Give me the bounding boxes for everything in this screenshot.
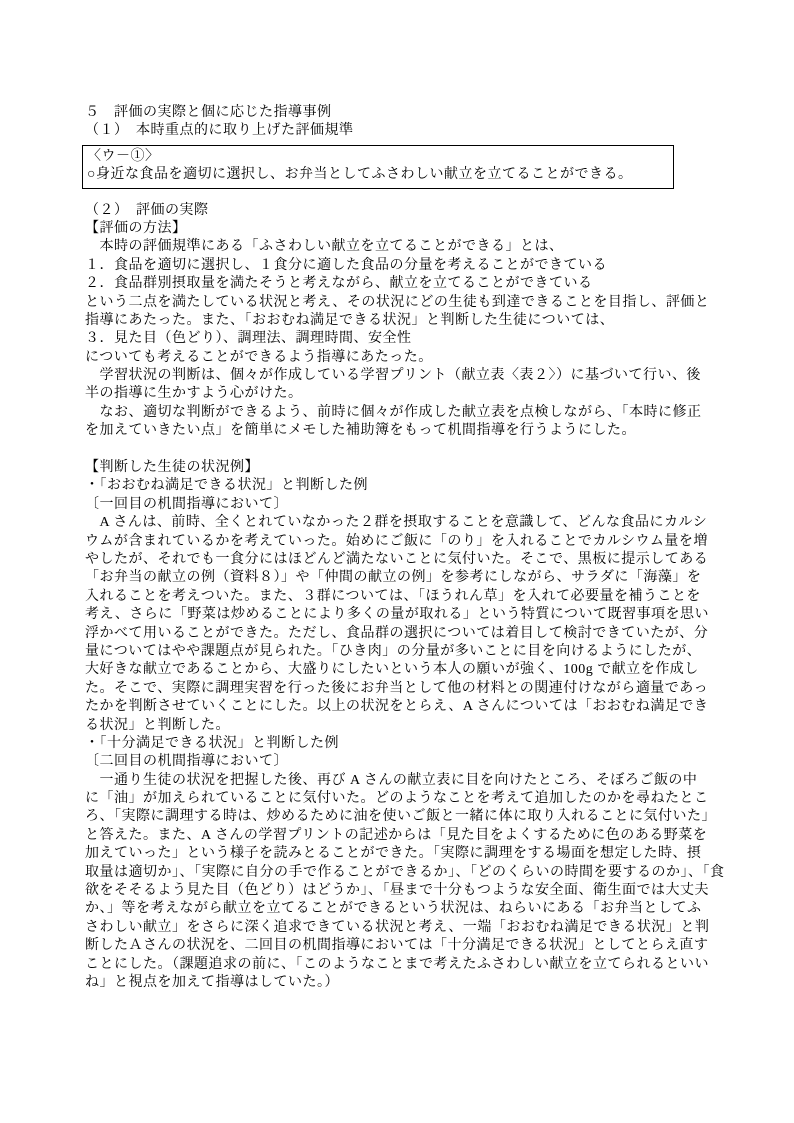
text-line: A さんは、前時、全くとれていなかった２群を摂取することを意識して、どんな食品に… [85, 514, 730, 532]
text-line: ・「おおむね満足できる状況」と判断した例 [85, 477, 730, 495]
text-line: 〔一回目の机間指導において〕 [85, 496, 730, 514]
text-line: 半の指導に生かすよう心がけた。 [85, 385, 730, 403]
text-line: 「お弁当の献立の例（資料８）」や「仲間の献立の例」を参考にしながら、サラダに「海… [85, 569, 730, 587]
blank-line [85, 441, 730, 459]
text-line: たかを判断させていくことにした。以上の状況をとらえ、A さんについては「おおむね… [85, 698, 730, 716]
text-line: か、」等を考えながら献立を立てることができるという状況は、ねらいにある「お弁当と… [85, 900, 730, 918]
text-line: 量についてはやや課題点が見られた。「ひき肉」の分量が多いことに目を向けるようにし… [85, 643, 730, 661]
text-line: 本時の評価規準にある「ふさわしい献立を立てることができる」とは、 [85, 238, 730, 256]
text-line: ウムが含まれているかを考えていった。始めにご飯に「のり」を入れることでカルシウム… [85, 533, 730, 551]
page-title: ５ 評価の実際と個に応じた指導事例 [85, 104, 730, 122]
text-line: 欲をそそるよう見た目（色どり）はどうか」、「昼まで十分もつような安全面、衛生面で… [85, 882, 730, 900]
examples-section-body: ・「おおむね満足できる状況」と判断した例〔一回目の机間指導において〕 A さんは… [85, 477, 730, 992]
text-line: についても考えることができるよう指導にあたった。 [85, 349, 730, 367]
text-line: ね」と視点を加えて指導はしていた。） [85, 974, 730, 992]
text-line: という二点を満たしている状況と考え、その状況にどの生徒も到達できることを目指し、… [85, 294, 730, 312]
method-section-header: 【評価の方法】 [85, 220, 730, 238]
text-line: た。そこで、実際に調理実習を行った後にお弁当として他の材料との関連付けながら適量… [85, 680, 730, 698]
text-line: ２．食品群別摂取量を満たそうと考えながら、献立を立てることができている [85, 275, 730, 293]
text-line: １．食品を適切に選択し、１食分に適した食品の分量を考えることができている [85, 257, 730, 275]
text-line: 断したＡさんの状況を、二回目の机間指導においては「十分満足できる状況」としてとら… [85, 937, 730, 955]
text-line: ３．見た目（色どり）、調理法、調理時間、安全性 [85, 330, 730, 348]
text-line: 浮かべて用いることができた。ただし、食品群の選択については着目して検討できていた… [85, 625, 730, 643]
text-line: に「油」が加えられていることに気付いた。どのようなことを考えて追加したのかを尋ね… [85, 790, 730, 808]
evaluation-criteria-box: 〈ウ－①〉 ○身近な食品を適切に選択し、お弁当としてふさわしい献立を立てることが… [82, 145, 674, 189]
text-line: 大好きな献立であることから、大盛りにしたいという本人の願いが強く、100g で献… [85, 661, 730, 679]
criteria-text: ○身近な食品を適切に選択し、お弁当としてふさわしい献立を立てることができる。 [87, 166, 669, 184]
text-line: 取量は適切か」、「実際に自分の手で作ることができるか」、「どのくらいの時間を要す… [85, 864, 730, 882]
text-line: 加えていった」という様子を読みとることができた。「実際に調理をする場面を想定した… [85, 845, 730, 863]
text-line: を加えていきたい点」を簡単にメモした補助簿をもって机間指導を行うようにした。 [85, 422, 730, 440]
method-section-body: 本時の評価規準にある「ふさわしい献立を立てることができる」とは、１．食品を適切に… [85, 238, 730, 440]
text-line: る状況」と判断した。 [85, 717, 730, 735]
text-line: ・「十分満足できる状況」と判断した例 [85, 735, 730, 753]
text-line: 指導にあたった。また、「おおむね満足できる状況」と判断した生徒については、 [85, 312, 730, 330]
section1-heading: （１） 本時重点的に取り上げた評価規準 [85, 122, 730, 140]
text-line: と答えた。また、A さんの学習プリントの記述からは「見た目をよくするために色のあ… [85, 827, 730, 845]
text-line: 考え、さらに「野菜は炒めることにより多くの量が取れる」という特質について既習事項… [85, 606, 730, 624]
document-page: { "doc": { "title": "５ 評価の実際と個に応じた指導事例",… [0, 0, 794, 1123]
criteria-code: 〈ウ－①〉 [87, 148, 669, 166]
text-line: なお、適切な判断ができるよう、前時に個々が作成した献立表を点検しながら、「本時に… [85, 404, 730, 422]
text-line: ことにした。（課題追求の前に、「このようなことまで考えたふさわしい献立を立てられ… [85, 956, 730, 974]
text-line: やしたが、それでも一食分にはほどんど満たないことに気付いた。そこで、黒板に提示し… [85, 551, 730, 569]
text-line: ろ、「実際に調理する時は、炒めるために油を使いご飯と一緒に体に取り入れることに気… [85, 808, 730, 826]
section2-heading: （２） 評価の実際 [85, 202, 730, 220]
document-body: ５ 評価の実際と個に応じた指導事例 （１） 本時重点的に取り上げた評価規準 〈ウ… [85, 104, 730, 992]
text-line: 入れることを考えついた。また、３群については、「ほうれん草」を入れて必要量を補う… [85, 588, 730, 606]
text-line: 学習状況の判断は、個々が作成している学習プリント（献立表〈表２〉）に基づいて行い… [85, 367, 730, 385]
examples-section-header: 【判断した生徒の状況例】 [85, 459, 730, 477]
text-line: 一通り生徒の状況を把握した後、再び A さんの献立表に目を向けたところ、そぼろご… [85, 772, 730, 790]
text-line: 〔二回目の机間指導において〕 [85, 753, 730, 771]
text-line: さわしい献立」をさらに深く追求できている状況と考え、一端「おおむね満足できる状況… [85, 919, 730, 937]
